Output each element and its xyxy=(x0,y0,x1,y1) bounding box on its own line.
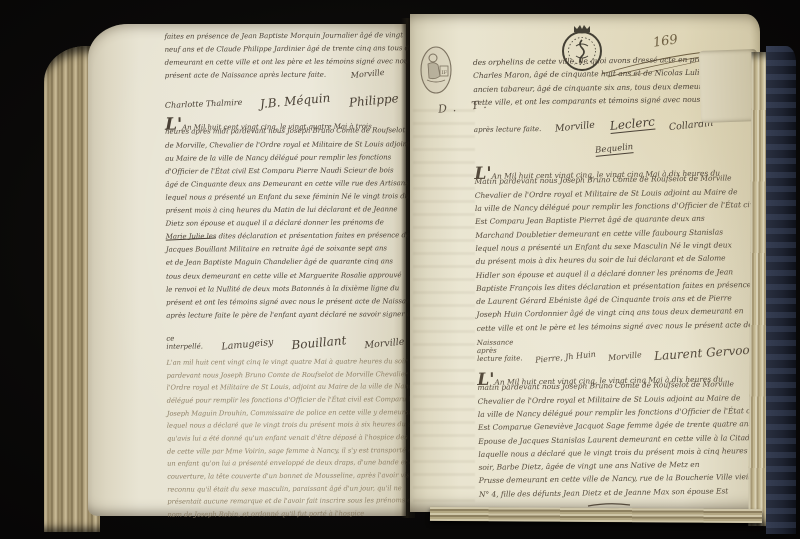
signature-officer: Morville xyxy=(555,120,596,135)
crown-icon xyxy=(574,25,590,34)
signature-witness-1: Leclerc xyxy=(609,115,655,134)
signature-witness-right: Laurent Gervood xyxy=(653,342,757,363)
manuscript-register-photo: faites en présence de Jean Baptiste Morq… xyxy=(0,0,800,539)
signature-sub: Bequelin xyxy=(595,142,634,157)
signature-officer: Morville xyxy=(364,336,405,351)
manuscript-line: nom de Joseph Robin, et ordonné qu'il fu… xyxy=(167,509,393,523)
right-entry-1-subsignature: Bequelin xyxy=(474,134,754,157)
manuscript-line: cette ville et ont le père et les témoin… xyxy=(477,320,757,337)
fiscal-stamp-letters: IF xyxy=(442,70,448,76)
signature-declarant: Lamugeisy xyxy=(221,337,274,353)
manuscript-line: N° 4, fille des défunts Jean Dietz et de… xyxy=(479,486,759,503)
page-edges-bottom-stack xyxy=(430,507,762,523)
right-entry-3: L'An Mil huit cent vingt cinq, le vingt … xyxy=(477,366,759,503)
left-page-text-column: faites en présence de Jean Baptiste Morq… xyxy=(164,31,393,529)
signature-witness-3: Philippe xyxy=(348,92,399,111)
book-cover-right-edge xyxy=(766,46,796,534)
left-entry-1-signatures: Charlotte Thalmire J.B. Méquin Philippe xyxy=(165,88,391,109)
left-entry-2-signatures: ce interpellé. Lamugeisy Bouillant Morvi… xyxy=(166,329,392,350)
right-entry-2-signatures: Naissance après lecture faite. Pierre, J… xyxy=(477,339,757,363)
closing-words: ce interpellé. xyxy=(166,334,203,350)
oval-seated-figure-fiscal-stamp: IF xyxy=(418,44,454,100)
signature-officer: Morville xyxy=(608,350,643,362)
left-page: faites en présence de Jean Baptiste Morq… xyxy=(88,24,406,516)
closing-words: après lecture faite. xyxy=(474,125,542,134)
left-entry-2: L'An Mil huit cent vingt cinq, le vingt … xyxy=(165,114,392,325)
manuscript-line: après lecture faite le père de l'enfant … xyxy=(166,310,392,324)
closing-words: Naissance après lecture faite. xyxy=(477,338,523,363)
right-entry-2: L'An Mil huit cent vingt cinq, le vingt … xyxy=(474,160,756,337)
left-entry-3: L'an mil huit cent vingt cinq le vingt q… xyxy=(166,357,393,523)
signature-witness-2: J.B. Méquin xyxy=(260,91,332,112)
ink-bleedthrough xyxy=(413,109,475,509)
signature-witness-1: Charlotte Thalmire xyxy=(165,98,243,110)
signature-father: Pierre, Jh Huin xyxy=(535,350,596,365)
underlying-page-corner xyxy=(699,49,759,123)
signature-witness: Bouillant xyxy=(290,333,346,352)
